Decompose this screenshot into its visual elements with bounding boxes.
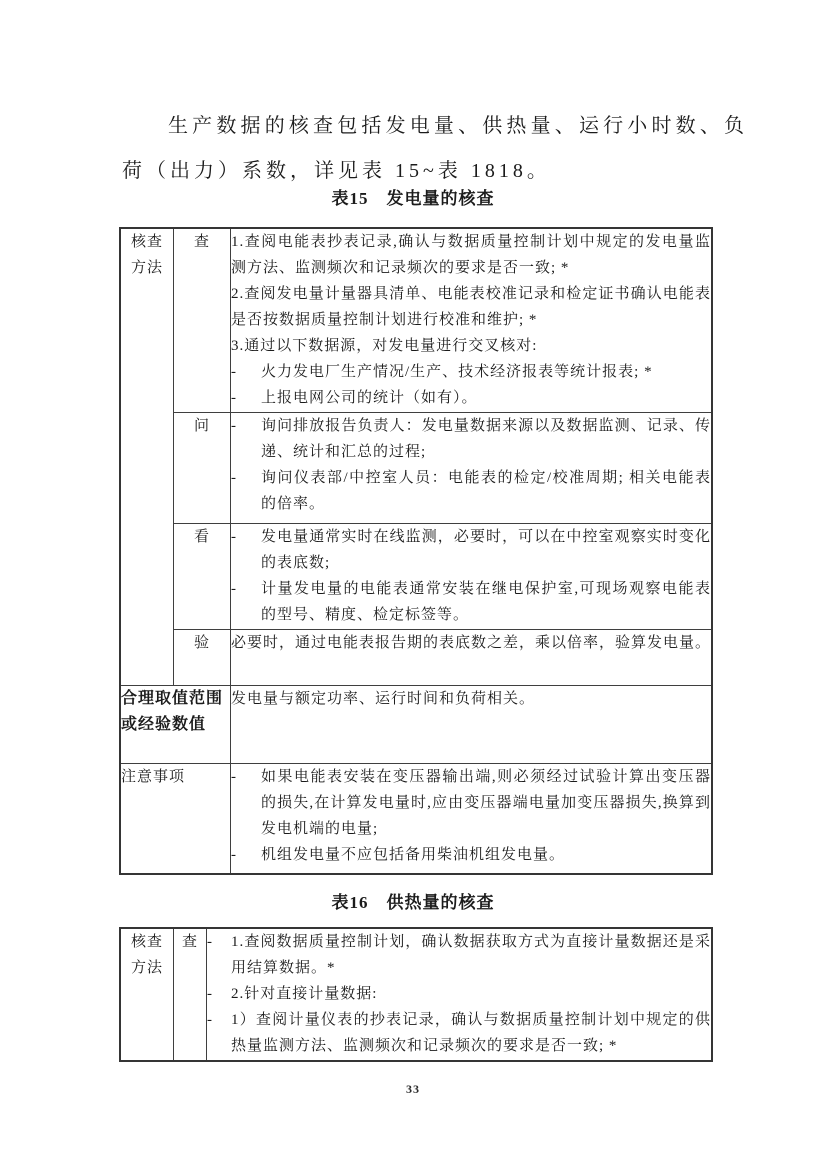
table15-check-content-cell: 1.查阅电能表抄表记录,确认与数据质量控制计划中规定的发电量监测方法、监测频次和…: [231, 228, 713, 413]
dash-bullet: -: [231, 385, 261, 411]
table-row: 注意事项 - 如果电能表安装在变压器输出端,则必须经过试验计算出变压器的损失,在…: [120, 764, 712, 875]
document-page: 生产数据的核查包括发电量、供热量、运行小时数、负荷（出力）系数，详见表 15~表…: [0, 0, 826, 1169]
method-label: 核查方法: [129, 229, 165, 281]
dash-bullet: -: [207, 929, 231, 955]
table15-notes-label-cell: 注意事项: [120, 764, 231, 875]
table16-caption-title: 供热量的核查: [387, 893, 495, 912]
check-item: - 1.查阅数据质量控制计划，确认数据获取方式为直接计量数据还是采用结算数据。*: [207, 929, 711, 981]
dash-bullet: -: [231, 576, 261, 602]
verify-text: 必要时，通过电能表报告期的表底数之差，乘以倍率，验算发电量。: [231, 630, 711, 656]
verify-label: 验: [194, 635, 210, 651]
ask-label: 问: [194, 418, 210, 434]
table15-range-content-cell: 发电量与额定功率、运行时间和负荷相关。: [231, 686, 713, 764]
dash-bullet: -: [231, 359, 261, 385]
table15-verify-content-cell: 必要时，通过电能表报告期的表底数之差，乘以倍率，验算发电量。: [231, 630, 713, 686]
look-item: - 计量发电量的电能表通常安装在继电保护室,可现场观察电能表的型号、精度、检定标…: [231, 576, 711, 628]
dash-bullet: -: [231, 413, 261, 439]
check-item: - 2.针对直接计量数据:: [207, 981, 711, 1007]
table15-ask-label-cell: 问: [174, 413, 231, 524]
check-item: 1.查阅电能表抄表记录,确认与数据质量控制计划中规定的发电量监测方法、监测频次和…: [231, 229, 711, 281]
check-item: - 上报电网公司的统计（如有）。: [231, 385, 711, 411]
table16-caption: 表16供热量的核查: [0, 888, 826, 913]
table15-notes-content-cell: - 如果电能表安装在变压器输出端,则必须经过试验计算出变压器的损失,在计算发电量…: [231, 764, 713, 875]
ask-item: - 询问排放报告负责人：发电量数据来源以及数据监测、记录、传递、统计和汇总的过程…: [231, 413, 711, 465]
table-row: 问 - 询问排放报告负责人：发电量数据来源以及数据监测、记录、传递、统计和汇总的…: [120, 413, 712, 524]
table15: 核查方法 查 1.查阅电能表抄表记录,确认与数据质量控制计划中规定的发电量监测方…: [119, 227, 713, 875]
table-row: 核查方法 查 1.查阅电能表抄表记录,确认与数据质量控制计划中规定的发电量监测方…: [120, 228, 712, 413]
check-label: 查: [182, 934, 198, 950]
table15-range-label-cell: 合理取值范围或经验数值: [120, 686, 231, 764]
dash-bullet: -: [207, 1007, 231, 1033]
check-item: - 火力发电厂生产情况/生产、技术经济报表等统计报表; *: [231, 359, 711, 385]
check-label: 查: [194, 234, 210, 250]
intro-paragraph: 生产数据的核查包括发电量、供热量、运行小时数、负荷（出力）系数，详见表 15~表…: [122, 104, 748, 194]
table15-check-label-cell: 查: [174, 228, 231, 413]
look-label: 看: [194, 529, 210, 545]
table16-method-label-cell: 核查方法: [120, 928, 174, 1061]
table15-method-label-cell: 核查方法: [120, 228, 174, 686]
page-number: 33: [0, 1082, 826, 1097]
dash-bullet: -: [231, 524, 261, 550]
check-item: 3.通过以下数据源，对发电量进行交叉核对:: [231, 333, 711, 359]
range-label: 合理取值范围或经验数值: [121, 690, 223, 733]
notes-item: - 机组发电量不应包括备用柴油机组发电量。: [231, 842, 711, 868]
table15-look-content-cell: - 发电量通常实时在线监测，必要时，可以在中控室观察实时变化的表底数; - 计量…: [231, 524, 713, 630]
dash-bullet: -: [231, 842, 261, 868]
range-text: 发电量与额定功率、运行时间和负荷相关。: [231, 686, 711, 712]
table15-caption-number: 表15: [332, 189, 369, 208]
method-label: 核查方法: [129, 929, 165, 981]
ask-item: - 询问仪表部/中控室人员：电能表的检定/校准周期; 相关电能表的倍率。: [231, 465, 711, 517]
table-row: 验 必要时，通过电能表报告期的表底数之差，乘以倍率，验算发电量。: [120, 630, 712, 686]
table15-caption: 表15发电量的核查: [0, 184, 826, 209]
table16-caption-number: 表16: [332, 893, 369, 912]
table-row: 合理取值范围或经验数值 发电量与额定功率、运行时间和负荷相关。: [120, 686, 712, 764]
table16: 核查方法 查 - 1.查阅数据质量控制计划，确认数据获取方式为直接计量数据还是采…: [119, 927, 713, 1062]
check-item: - 1）查阅计量仪表的抄表记录，确认与数据质量控制计划中规定的供热量监测方法、监…: [207, 1007, 711, 1059]
table16-check-label-cell: 查: [174, 928, 207, 1061]
dash-bullet: -: [231, 465, 261, 491]
table-row: 看 - 发电量通常实时在线监测，必要时，可以在中控室观察实时变化的表底数; - …: [120, 524, 712, 630]
notes-label: 注意事项: [121, 769, 185, 785]
check-item: 2.查阅发电量计量器具清单、电能表校准记录和检定证书确认电能表是否按数据质量控制…: [231, 281, 711, 333]
dash-bullet: -: [231, 764, 261, 790]
dash-bullet: -: [207, 981, 231, 1007]
table15-caption-title: 发电量的核查: [387, 189, 495, 208]
notes-item: - 如果电能表安装在变压器输出端,则必须经过试验计算出变压器的损失,在计算发电量…: [231, 764, 711, 842]
table15-look-label-cell: 看: [174, 524, 231, 630]
table-row: 核查方法 查 - 1.查阅数据质量控制计划，确认数据获取方式为直接计量数据还是采…: [120, 928, 712, 1061]
table16-check-content-cell: - 1.查阅数据质量控制计划，确认数据获取方式为直接计量数据还是采用结算数据。*…: [207, 928, 713, 1061]
table15-ask-content-cell: - 询问排放报告负责人：发电量数据来源以及数据监测、记录、传递、统计和汇总的过程…: [231, 413, 713, 524]
table15-verify-label-cell: 验: [174, 630, 231, 686]
look-item: - 发电量通常实时在线监测，必要时，可以在中控室观察实时变化的表底数;: [231, 524, 711, 576]
